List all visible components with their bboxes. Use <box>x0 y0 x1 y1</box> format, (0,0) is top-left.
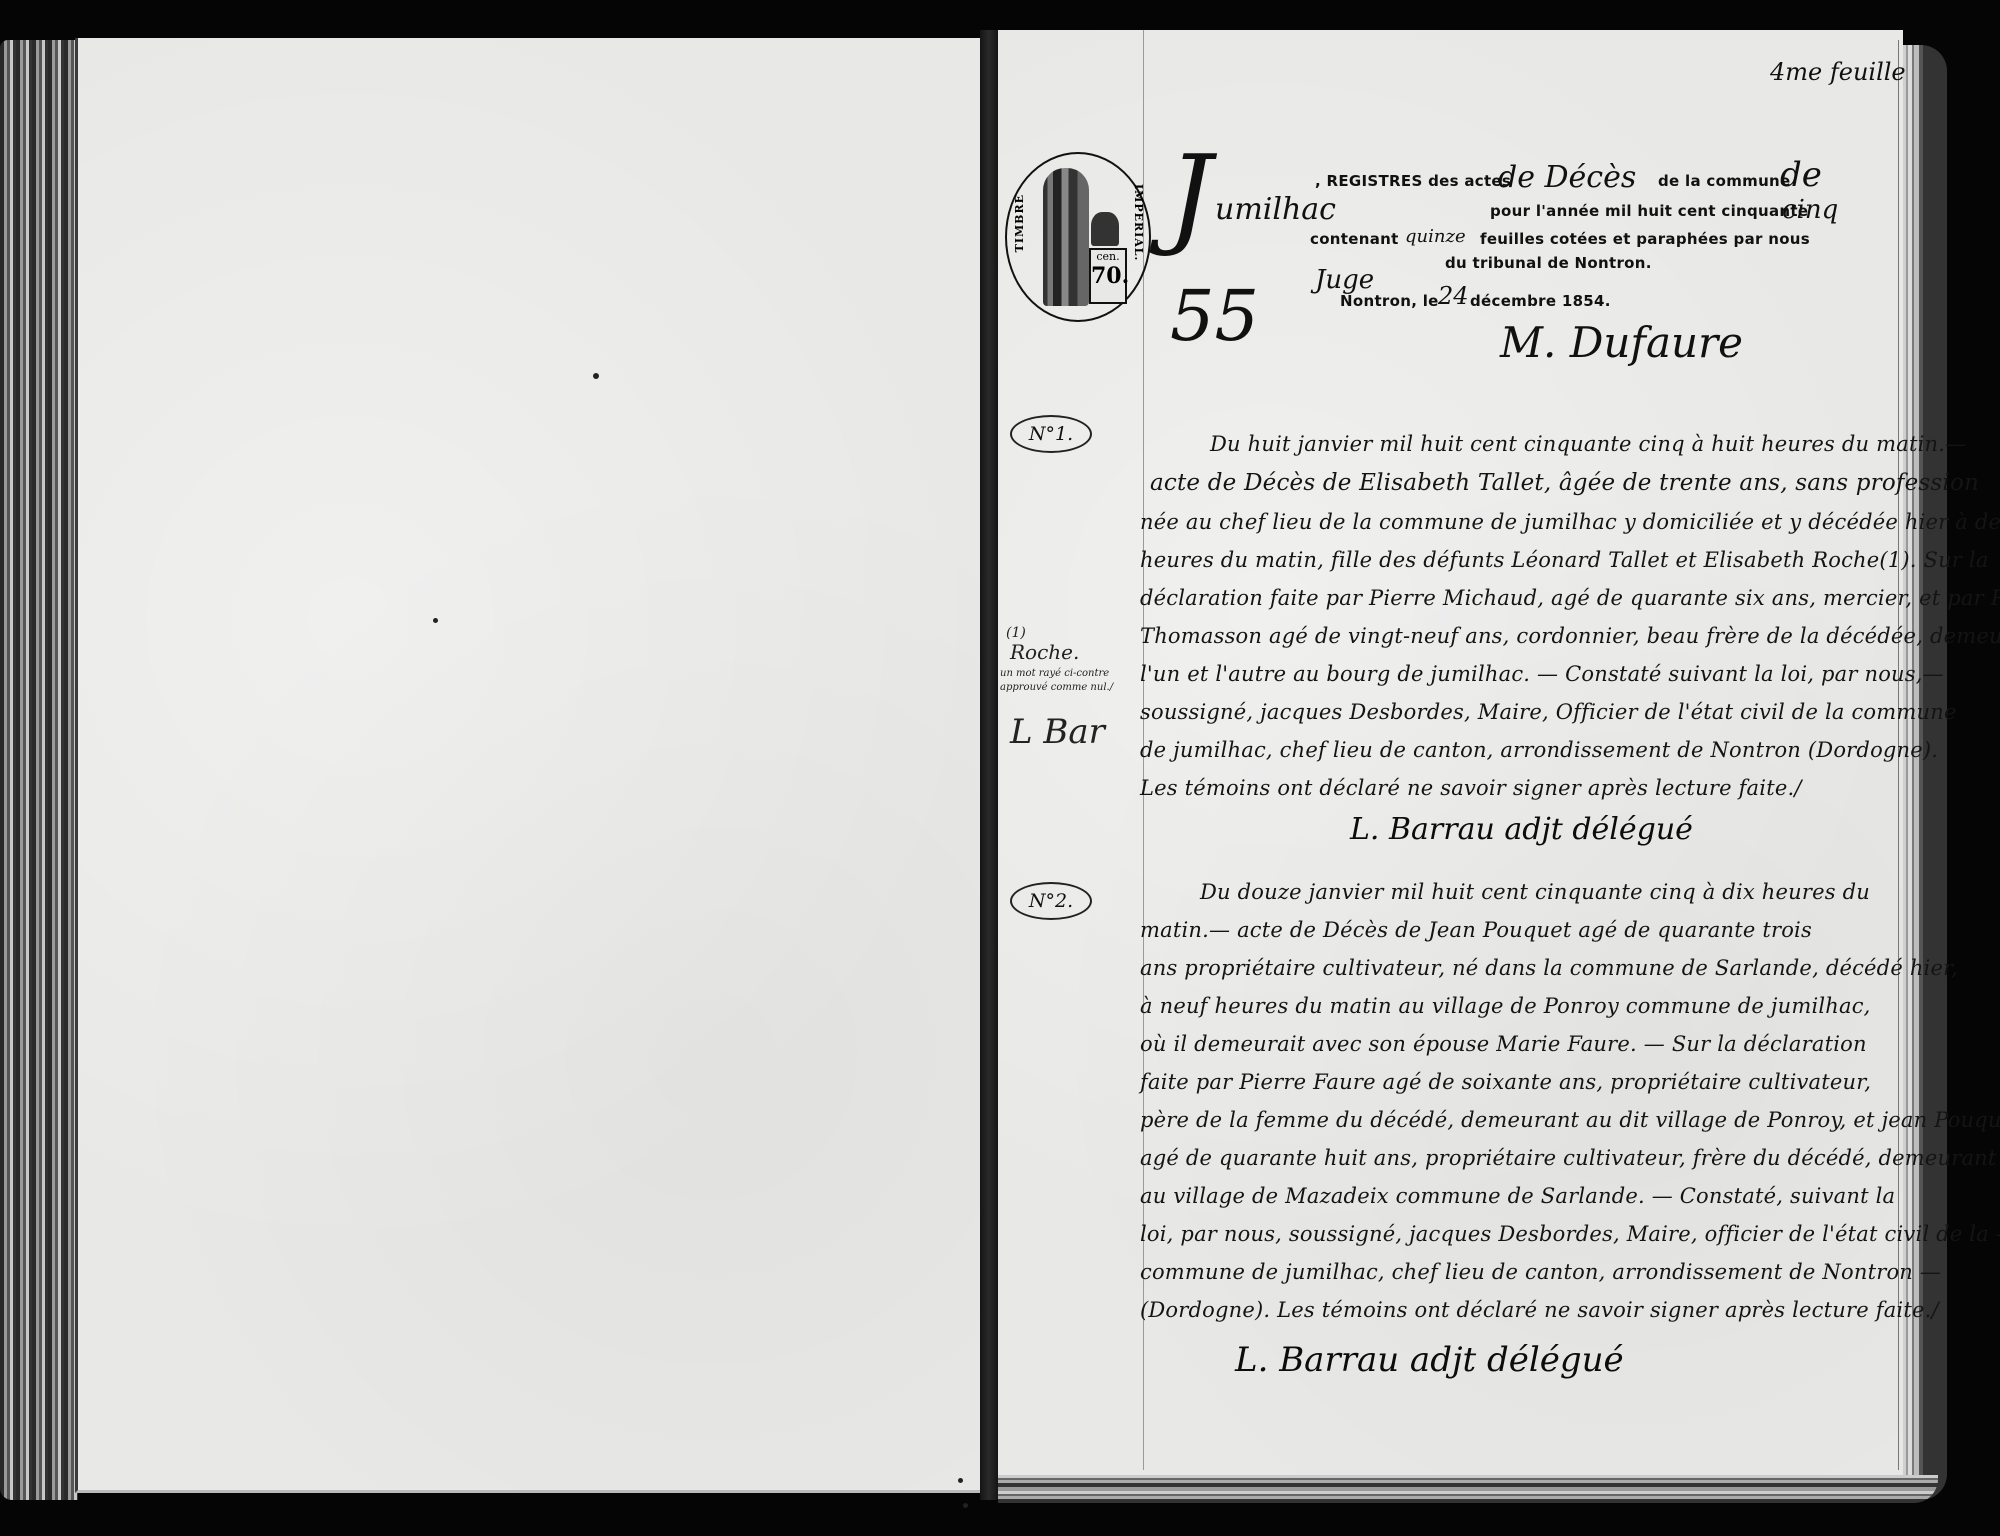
margin-note-name: Roche. <box>1010 640 1079 664</box>
header-initial: J <box>1168 140 1212 250</box>
paper-speck <box>433 618 438 623</box>
entry-2-line: à neuf heures du matin au village de Pon… <box>1140 994 1871 1018</box>
judge-signature: M. Dufaure <box>1500 318 1743 367</box>
entry-1-line: l'un et l'autre au bourg de jumilhac. — … <box>1140 662 1944 686</box>
entry-1-line: déclaration faite par Pierre Michaud, ag… <box>1140 586 2000 610</box>
entry-1-line: heures du matin, fille des défunts Léona… <box>1140 548 1989 572</box>
entry-2-signature: L. Barrau adjt délégué <box>1235 1340 1624 1380</box>
margin-note-ref: (1) <box>1006 625 1026 641</box>
imperial-tax-stamp: TIMBRE IMPERIAL. cen. 70. <box>1005 152 1151 322</box>
bottom-page-stack-edges <box>998 1475 1938 1503</box>
entry-1-line: de jumilhac, chef lieu de canton, arrond… <box>1140 738 1938 762</box>
header-feuilles: feuilles cotées et paraphées par nous <box>1480 230 1810 248</box>
book-gutter <box>980 30 998 1500</box>
entry-2-line: ans propriétaire cultivateur, né dans la… <box>1140 956 1958 980</box>
entry-2-line: Du douze janvier mil huit cent cinquante… <box>1200 880 1870 904</box>
margin-note-text: un mot rayé ci-contre <box>1000 668 1109 679</box>
header-date-suffix: décembre 1854. <box>1470 292 1611 310</box>
entry-2-line: où il demeurait avec son épouse Marie Fa… <box>1140 1032 1867 1056</box>
stamp-text-left: TIMBRE <box>1013 194 1026 252</box>
entry-2-line: matin.— acte de Décès de Jean Pouquet ag… <box>1140 918 1812 942</box>
entry-1-line: Les témoins ont déclaré ne savoir signer… <box>1140 776 1802 800</box>
header-registres: , REGISTRES des actes <box>1315 172 1511 190</box>
entry-number-2: N°2. <box>1010 882 1092 920</box>
eagle-icon <box>1091 212 1119 246</box>
paper-speck <box>963 1503 968 1508</box>
entry-number-1: N°1. <box>1010 415 1092 453</box>
header-year-end: cinq <box>1782 195 1838 225</box>
header-commune-label: de la commune <box>1658 172 1791 190</box>
entry-2-line: père de la femme du décédé, demeurant au… <box>1140 1108 2000 1132</box>
entry-2-line: au village de Mazadeix commune de Sarlan… <box>1140 1184 1895 1208</box>
header-sheet-count: quinze <box>1405 226 1466 247</box>
header-commune-name: umilhac <box>1215 192 1336 227</box>
entry-1-line: née au chef lieu de la commune de jumilh… <box>1140 510 2000 534</box>
entry-1-line: acte de Décès de Elisabeth Tallet, âgée … <box>1150 470 1979 496</box>
header-date-day: 24 <box>1438 282 1469 310</box>
entry-2-line: commune de jumilhac, chef lieu de canton… <box>1140 1260 1941 1284</box>
paper-speck <box>958 1478 963 1483</box>
header-contenant: contenant <box>1310 230 1399 248</box>
entry-1-line: soussigné, jacques Desbordes, Maire, Off… <box>1140 700 1957 724</box>
header-date-prefix: Nontron, le <box>1340 292 1439 310</box>
header-year-label: pour l'année mil huit cent cinquante <box>1490 202 1808 220</box>
header-juge: Juge <box>1315 265 1374 295</box>
folio-number: 4me feuille <box>1770 58 1906 86</box>
stamp-denomination: cen. 70. <box>1089 248 1127 304</box>
stamp-text-right: IMPERIAL. <box>1132 184 1145 261</box>
header-page-number: 55 <box>1170 275 1259 357</box>
header-acte-type: de Décès <box>1498 160 1636 195</box>
entry-2-line: agé de quarante huit ans, propriétaire c… <box>1140 1146 1997 1170</box>
header-tribunal: du tribunal de Nontron. <box>1445 254 1652 272</box>
left-page-stack-edges <box>0 40 78 1500</box>
left-page-blank <box>75 38 983 1493</box>
justice-figure-icon <box>1043 168 1089 306</box>
entry-1-signature: L. Barrau adjt délégué <box>1350 812 1693 847</box>
entry-2-line: (Dordogne). Les témoins ont déclaré ne s… <box>1140 1298 1939 1322</box>
header-de: de <box>1780 155 1822 195</box>
entry-2-line: faite par Pierre Faure agé de soixante a… <box>1140 1070 1871 1094</box>
margin-note-text: approuvé comme nul./ <box>1000 682 1113 693</box>
paper-speck <box>593 373 599 379</box>
entry-1-line: Du huit janvier mil huit cent cinquante … <box>1210 432 1966 456</box>
entry-1-line: Thomasson agé de vingt-neuf ans, cordonn… <box>1140 624 2000 648</box>
entry-2-line: loi, par nous, soussigné, jacques Desbor… <box>1140 1222 2000 1246</box>
margin-note-initials: L Bar <box>1010 712 1105 752</box>
